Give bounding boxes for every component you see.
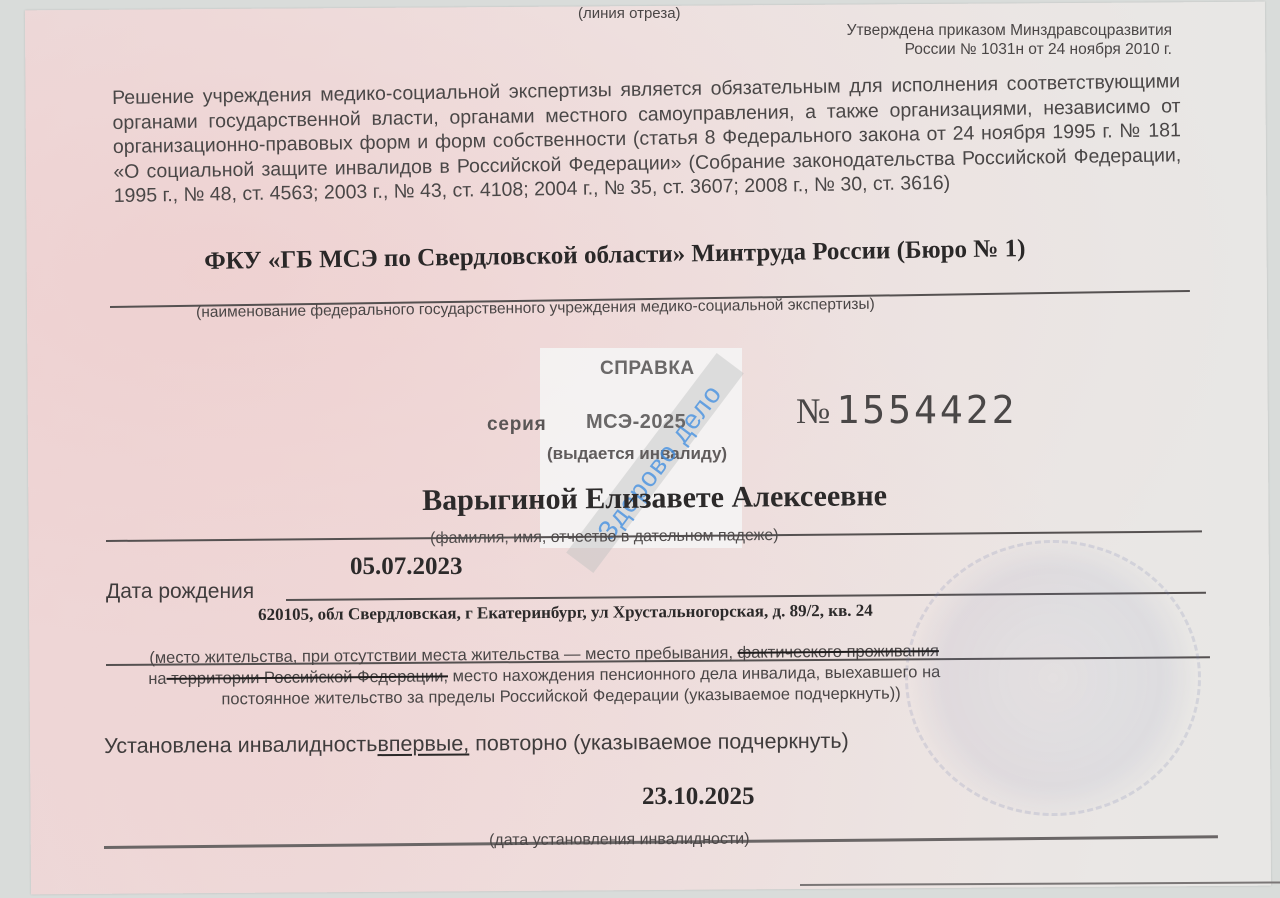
approval-line-2: России № 1031н от 24 ноября 2010 г. [847, 40, 1172, 59]
residence-caption: (место жительства, при отсутствии места … [148, 641, 941, 711]
disability-status: Установлена инвалидностьвпервые, повторн… [104, 729, 849, 759]
disability-label: Установлена инвалидность [104, 732, 378, 758]
number-sign: № [796, 391, 830, 431]
disability-options: повторно (указываемое подчеркнуть) [469, 729, 849, 756]
disability-date-value: 23.10.2025 [642, 783, 755, 811]
residence-address: 620105, обл Свердловская, г Екатеринбург… [258, 601, 873, 625]
struck-russian-territory: территории Российской Федерации, [166, 667, 448, 687]
number-value: 1554422 [836, 388, 1017, 432]
legal-notice: Решение учреждения медико-социальной экс… [112, 69, 1182, 209]
disability-first-time: впервые, [377, 731, 469, 756]
recipient-name: Варыгиной Елизавете Алексеевне [422, 479, 887, 518]
approval-line-1: Утверждена приказом Минздравсоцразвития [847, 21, 1172, 40]
cut-line-label: (линия отреза) [578, 5, 681, 22]
issued-to-note: (выдается инвалиду) [547, 444, 727, 464]
series-label: серия [487, 414, 547, 436]
name-caption: (фамилия, имя, отчество в дательном паде… [430, 527, 779, 548]
official-stamp [905, 540, 1201, 816]
document-title: СПРАВКА [600, 358, 695, 380]
certificate-number: №1554422 [796, 388, 1018, 432]
approval-note: Утверждена приказом Минздравсоцразвития … [847, 21, 1172, 59]
birth-date-label: Дата рождения [106, 580, 254, 604]
birth-date-value: 05.07.2023 [350, 553, 463, 581]
disability-date-caption: (дата установления инвалидности) [489, 831, 750, 850]
